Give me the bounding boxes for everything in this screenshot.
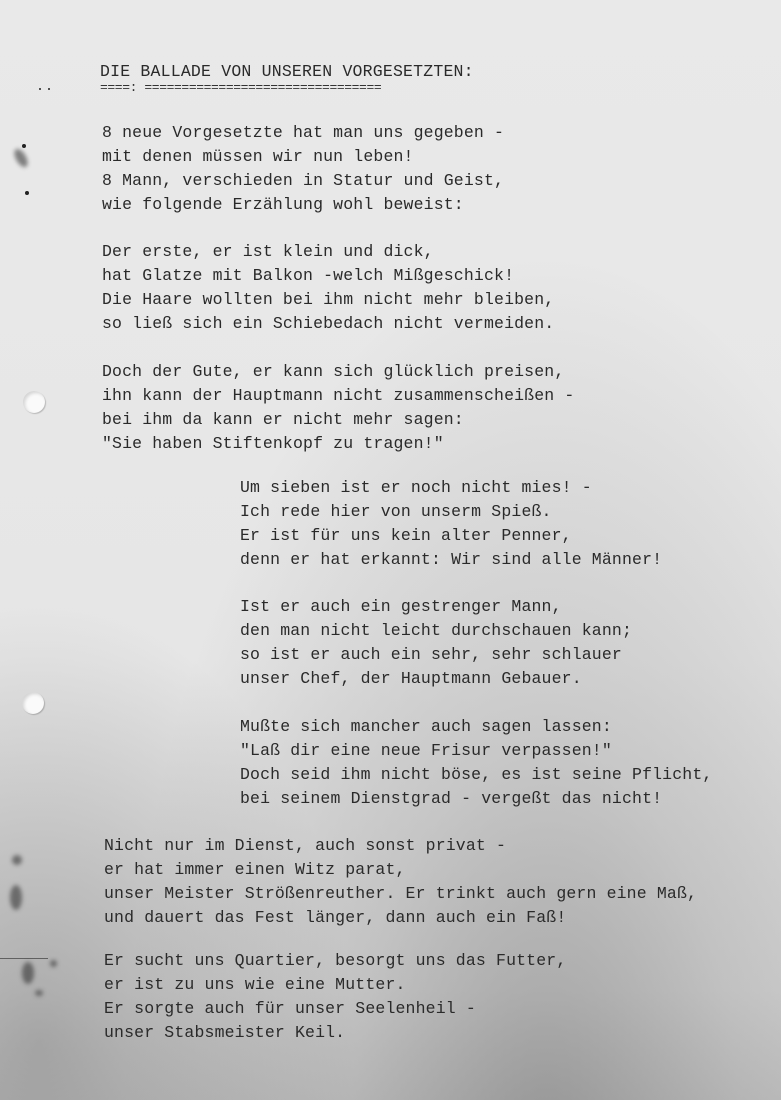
verse-line: unser Meister Strößenreuther. Er trinkt … xyxy=(104,882,697,906)
verse-line: ihn kann der Hauptmann nicht zusammensch… xyxy=(102,384,574,408)
verse-line: unser Chef, der Hauptmann Gebauer. xyxy=(240,667,632,691)
stanza-7: Nicht nur im Dienst, auch sonst privat -… xyxy=(104,834,697,930)
verse-line: Mußte sich mancher auch sagen lassen: xyxy=(240,715,712,739)
ink-smudge xyxy=(12,855,22,865)
verse-line: bei seinem Dienstgrad - vergeßt das nich… xyxy=(240,787,712,811)
verse-line: hat Glatze mit Balkon -welch Mißgeschick… xyxy=(102,264,554,288)
verse-line: Doch seid ihm nicht böse, es ist seine P… xyxy=(240,763,712,787)
ink-smudge xyxy=(50,960,57,967)
verse-line: bei ihm da kann er nicht mehr sagen: xyxy=(102,408,574,432)
verse-line: Doch der Gute, er kann sich glücklich pr… xyxy=(102,360,574,384)
stanza-1: 8 neue Vorgesetzte hat man uns gegeben -… xyxy=(102,121,504,217)
verse-line: Ich rede hier von unserm Spieß. xyxy=(240,500,662,524)
verse-line: er ist zu uns wie eine Mutter. xyxy=(104,973,566,997)
ink-smudge xyxy=(10,885,22,910)
verse-line: 8 Mann, verschieden in Statur und Geist, xyxy=(102,169,504,193)
verse-line: Er sorgte auch für unser Seelenheil - xyxy=(104,997,566,1021)
ink-smudge xyxy=(22,962,34,984)
verse-line: er hat immer einen Witz parat, xyxy=(104,858,697,882)
verse-line: Der erste, er ist klein und dick, xyxy=(102,240,554,264)
verse-line: unser Stabsmeister Keil. xyxy=(104,1021,566,1045)
verse-line: wie folgende Erzählung wohl beweist: xyxy=(102,193,504,217)
title-underline: ====: ================================ xyxy=(100,80,381,95)
verse-line: so ist er auch ein sehr, sehr schlauer xyxy=(240,643,632,667)
verse-line: denn er hat erkannt: Wir sind alle Männe… xyxy=(240,548,662,572)
verse-line: "Sie haben Stiftenkopf zu tragen!" xyxy=(102,432,574,456)
ink-dot xyxy=(25,191,29,195)
stanza-3: Doch der Gute, er kann sich glücklich pr… xyxy=(102,360,574,456)
verse-line: Ist er auch ein gestrenger Mann, xyxy=(240,595,632,619)
punch-hole-lower xyxy=(22,692,44,714)
verse-line: 8 neue Vorgesetzte hat man uns gegeben - xyxy=(102,121,504,145)
scan-line-artifact xyxy=(0,958,48,959)
verse-line: mit denen müssen wir nun leben! xyxy=(102,145,504,169)
verse-line: "Laß dir eine neue Frisur verpassen!" xyxy=(240,739,712,763)
stanza-6: Mußte sich mancher auch sagen lassen: "L… xyxy=(240,715,712,811)
stanza-5: Ist er auch ein gestrenger Mann, den man… xyxy=(240,595,632,691)
stanza-4: Um sieben ist er noch nicht mies! - Ich … xyxy=(240,476,662,572)
verse-line: den man nicht leicht durchschauen kann; xyxy=(240,619,632,643)
punch-hole-upper xyxy=(23,391,45,413)
verse-line: so ließ sich ein Schiebedach nicht verme… xyxy=(102,312,554,336)
verse-line: Die Haare wollten bei ihm nicht mehr ble… xyxy=(102,288,554,312)
verse-line: Nicht nur im Dienst, auch sonst privat - xyxy=(104,834,697,858)
stanza-2: Der erste, er ist klein und dick, hat Gl… xyxy=(102,240,554,336)
document-title: DIE BALLADE VON UNSEREN VORGESETZTEN: xyxy=(100,62,474,81)
ink-dot xyxy=(39,88,41,90)
ink-smudge xyxy=(35,990,43,996)
verse-line: und dauert das Fest länger, dann auch ei… xyxy=(104,906,697,930)
verse-line: Er sucht uns Quartier, besorgt uns das F… xyxy=(104,949,566,973)
stanza-8: Er sucht uns Quartier, besorgt uns das F… xyxy=(104,949,566,1045)
verse-line: Um sieben ist er noch nicht mies! - xyxy=(240,476,662,500)
verse-line: Er ist für uns kein alter Penner, xyxy=(240,524,662,548)
ink-dot xyxy=(48,88,50,90)
ink-dot xyxy=(22,144,26,148)
